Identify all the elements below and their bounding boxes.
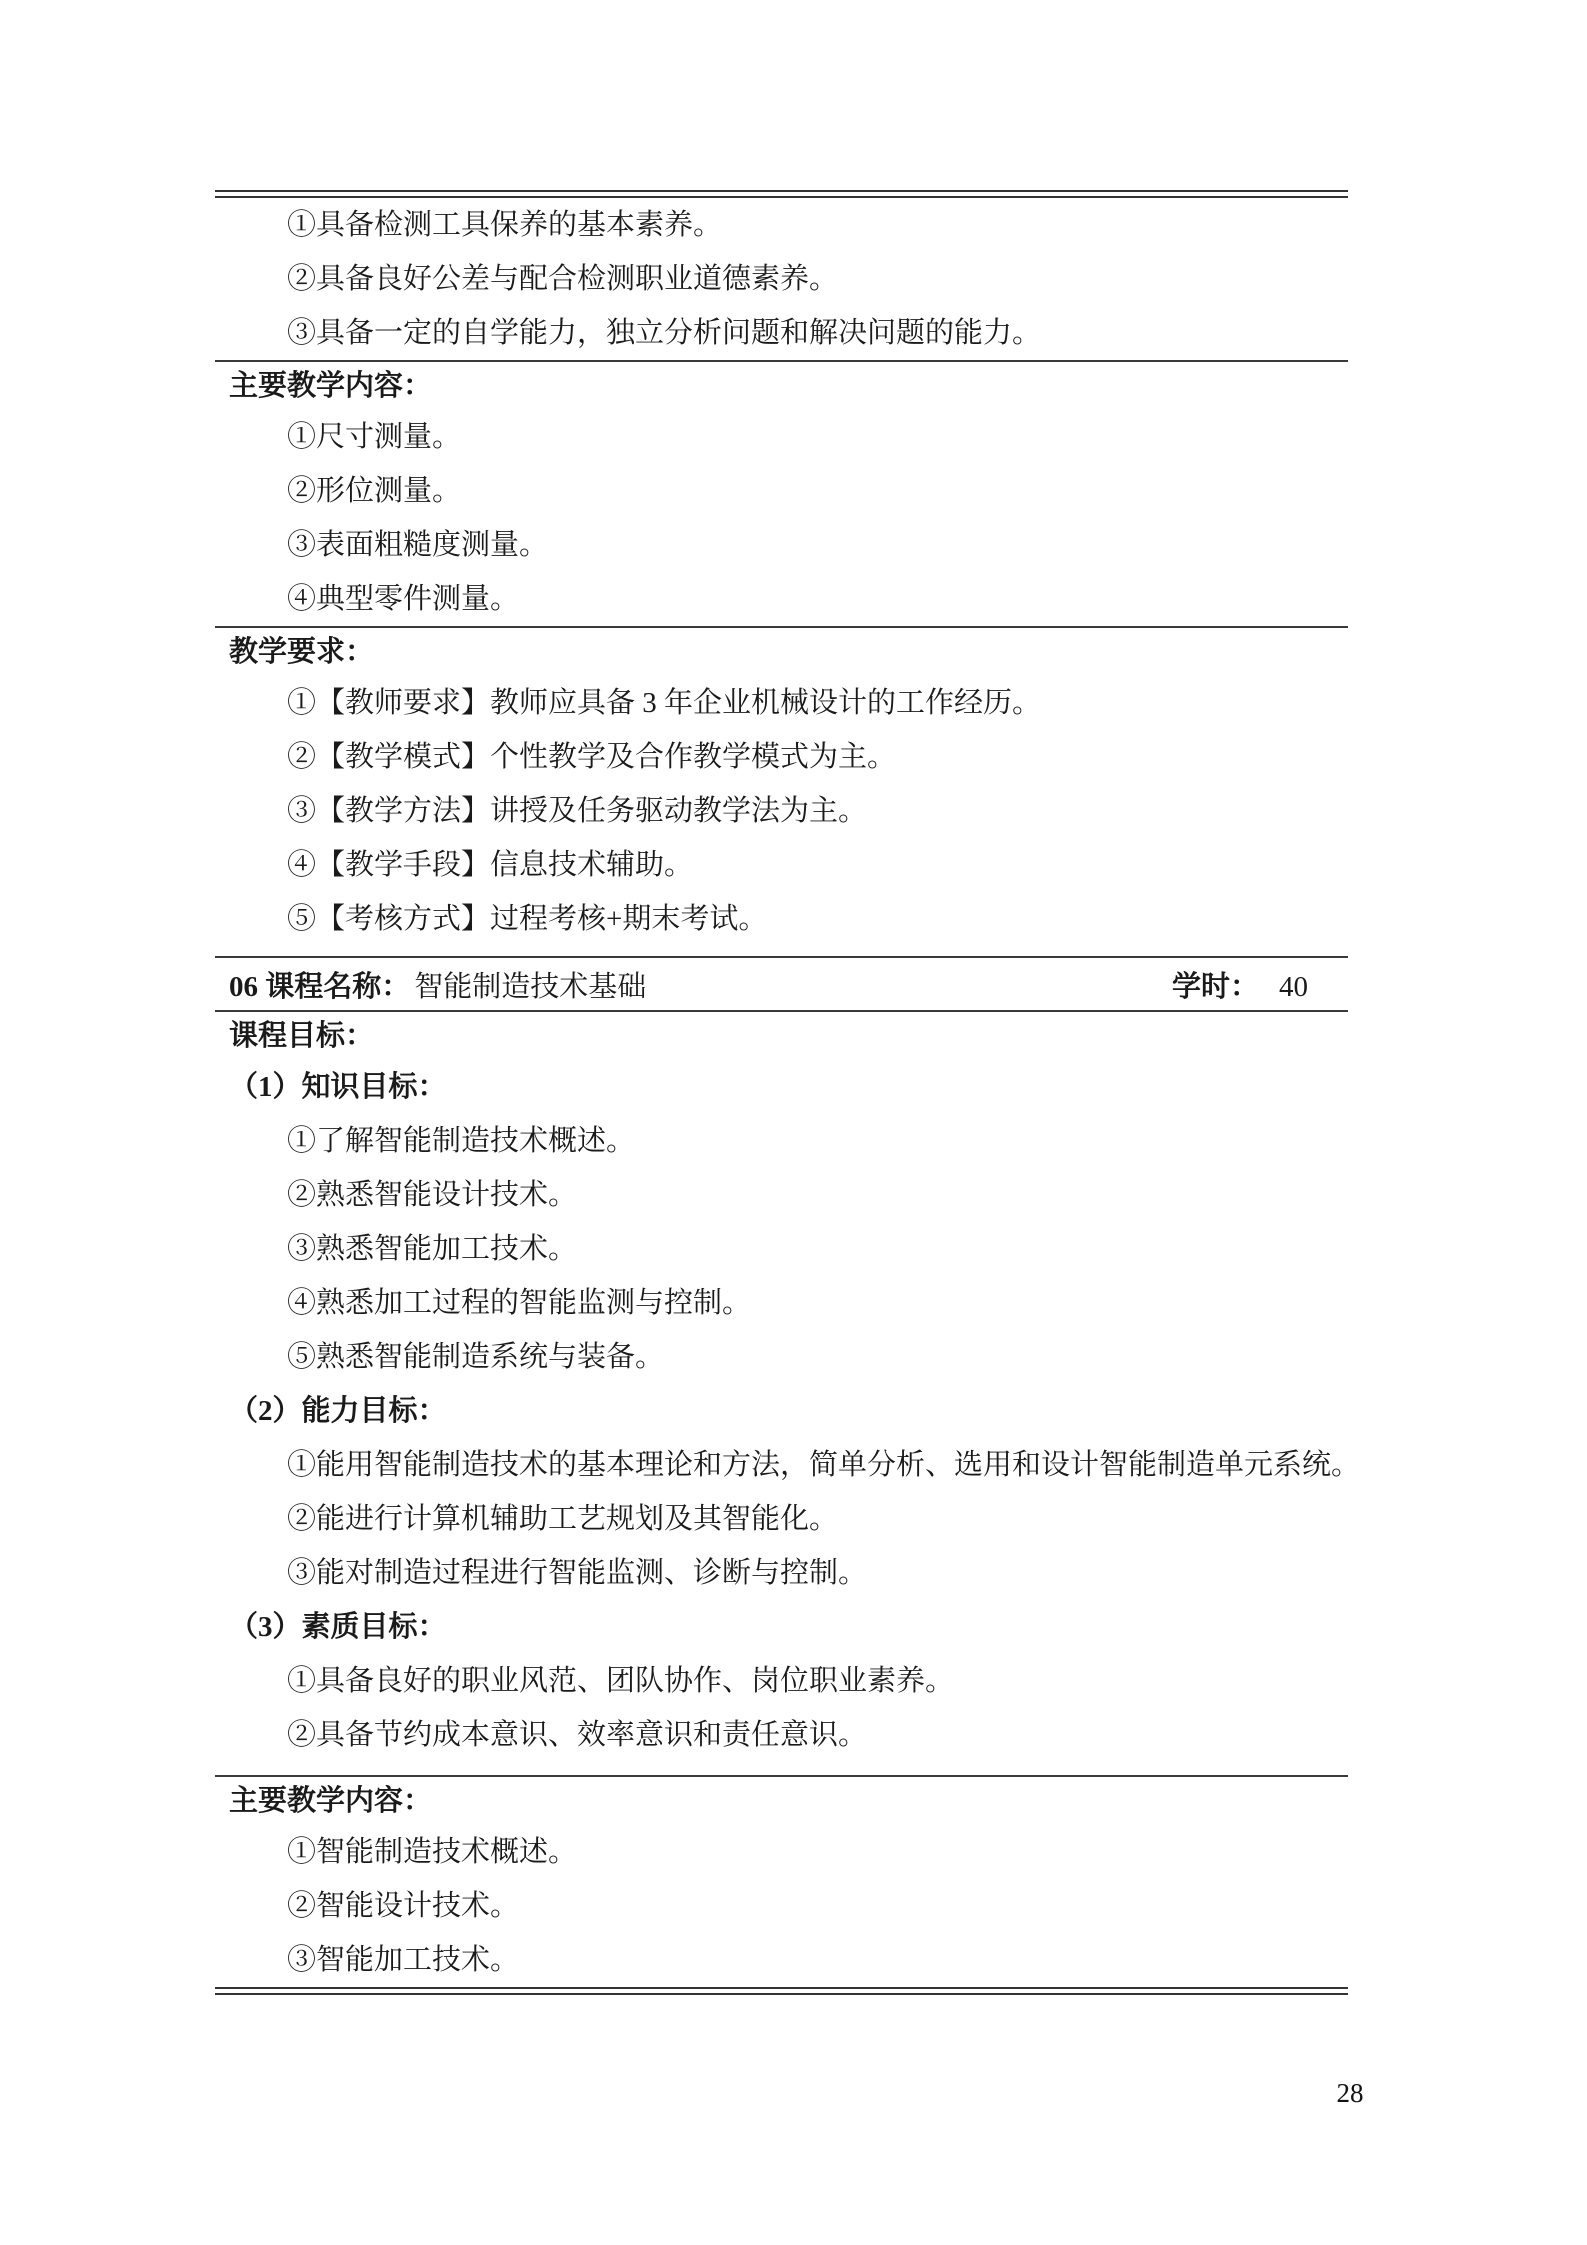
quality-goal-item: ③具备一定的自学能力，独立分析问题和解决问题的能力。 [215,306,1348,360]
teaching-requirement-item: ④【教学手段】信息技术辅助。 [215,838,1348,892]
teaching-content-item: ③表面粗糙度测量。 [215,518,1348,572]
course-hours-value: 40 [1279,971,1308,1003]
teaching-content-item: ③智能加工技术。 [215,1933,1348,1987]
course-name-value: 智能制造技术基础 [414,971,646,1003]
table-row-prev-quality-goals: ①具备检测工具保养的基本素养。 ②具备良好公差与配合检测职业道德素养。 ③具备一… [215,198,1348,362]
knowledge-goal-item: ⑤熟悉智能制造系统与装备。 [215,1330,1348,1384]
teaching-content-item: ④典型零件测量。 [215,572,1348,626]
teaching-requirement-item: ③【教学方法】讲授及任务驱动教学法为主。 [215,784,1348,838]
quality-goal-item: ①具备检测工具保养的基本素养。 [215,198,1348,252]
teaching-requirement-item: ①【教师要求】教师应具备 3 年企业机械设计的工作经历。 [215,676,1348,730]
teaching-content-heading: 主要教学内容： [215,362,1348,410]
knowledge-goal-item: ③熟悉智能加工技术。 [215,1222,1348,1276]
table-row-teaching-requirements: 教学要求： ①【教师要求】教师应具备 3 年企业机械设计的工作经历。 ②【教学模… [215,628,1348,958]
teaching-content-item: ①智能制造技术概述。 [215,1825,1348,1879]
teaching-content-heading: 主要教学内容： [215,1777,1348,1825]
teaching-requirement-item: ⑤【考核方式】过程考核+期末考试。 [215,892,1348,946]
teaching-content-item: ①尺寸测量。 [215,410,1348,464]
knowledge-goals-label: （1）知识目标： [215,1060,1348,1114]
table-top-double-border [215,190,1348,198]
quality-goal-item: ②具备节约成本意识、效率意识和责任意识。 [215,1708,1348,1762]
page-number: 28 [1310,2078,1390,2109]
quality-goal-item: ①具备良好的职业风范、团队协作、岗位职业素养。 [215,1654,1348,1708]
course-hours: 学时：40 [1172,964,1348,1005]
document-page: ①具备检测工具保养的基本素养。 ②具备良好公差与配合检测职业道德素养。 ③具备一… [0,0,1587,2245]
teaching-requirements-heading: 教学要求： [215,628,1348,676]
knowledge-goal-item: ④熟悉加工过程的智能监测与控制。 [215,1276,1348,1330]
table-row-teaching-content-a: 主要教学内容： ①尺寸测量。 ②形位测量。 ③表面粗糙度测量。 ④典型零件测量。 [215,362,1348,628]
table-bottom-double-border [215,1987,1348,1995]
teaching-requirement-item: ②【教学模式】个性教学及合作教学模式为主。 [215,730,1348,784]
course-goals-heading: 课程目标： [215,1012,1348,1060]
ability-goal-item: ③能对制造过程进行智能监测、诊断与控制。 [215,1546,1348,1600]
table-row-teaching-content-b: 主要教学内容： ①智能制造技术概述。 ②智能设计技术。 ③智能加工技术。 [215,1777,1348,1987]
teaching-content-item: ②智能设计技术。 [215,1879,1348,1933]
course-name-label: 06 课程名称： [229,971,410,1003]
course-title: 06 课程名称：智能制造技术基础 [215,964,646,1005]
teaching-content-item: ②形位测量。 [215,464,1348,518]
syllabus-table: ①具备检测工具保养的基本素养。 ②具备良好公差与配合检测职业道德素养。 ③具备一… [215,190,1348,1995]
course-hours-label: 学时： [1172,971,1259,1003]
table-row-course-goals: 课程目标： （1）知识目标： ①了解智能制造技术概述。 ②熟悉智能设计技术。 ③… [215,1012,1348,1777]
ability-goals-label: （2）能力目标： [215,1384,1348,1438]
knowledge-goal-item: ②熟悉智能设计技术。 [215,1168,1348,1222]
quality-goal-item: ②具备良好公差与配合检测职业道德素养。 [215,252,1348,306]
quality-goals-label: （3）素质目标： [215,1600,1348,1654]
table-row-course-header: 06 课程名称：智能制造技术基础 学时：40 [215,958,1348,1012]
ability-goal-item: ①能用智能制造技术的基本理论和方法，简单分析、选用和设计智能制造单元系统。 [215,1438,1348,1492]
ability-goal-item: ②能进行计算机辅助工艺规划及其智能化。 [215,1492,1348,1546]
knowledge-goal-item: ①了解智能制造技术概述。 [215,1114,1348,1168]
